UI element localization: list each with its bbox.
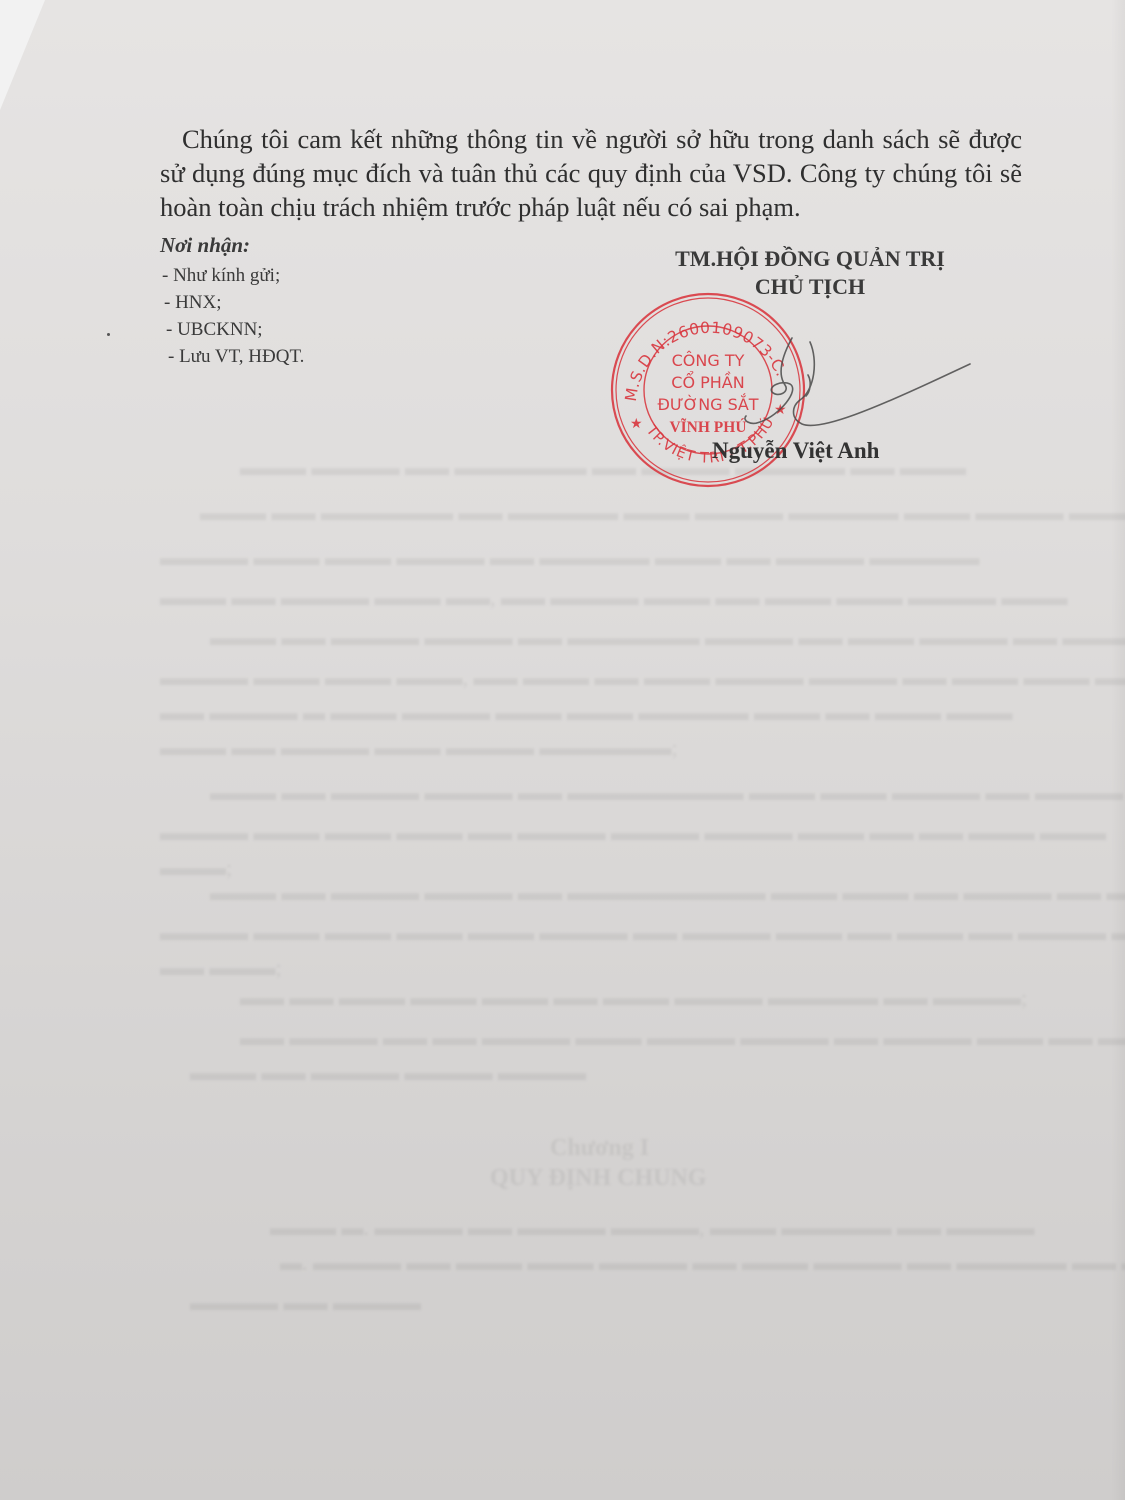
svg-text:★: ★ (630, 416, 643, 432)
recipient-item: - UBCKNN; (160, 316, 304, 343)
commitment-paragraph: Chúng tôi cam kết những thông tin về ngư… (160, 122, 1022, 224)
handwritten-signature-icon (650, 320, 990, 450)
stray-mark (107, 333, 110, 336)
recipients-list: - Như kính gửi; - HNX; - UBCKNN; - Lưu V… (160, 262, 304, 370)
recipients-title: Nơi nhận: (160, 233, 250, 258)
signature-title-line1: TM.HỘI ĐỒNG QUẢN TRỊ (650, 245, 970, 273)
recipient-item: - HNX; (160, 289, 304, 316)
recipient-item: - Như kính gửi; (160, 262, 304, 289)
signer-name: Nguyễn Việt Anh (712, 438, 879, 464)
bleed-chapter: Chương I (550, 1135, 649, 1162)
document-page: ▬▬▬ ▬▬▬▬ ▬▬ ▬▬▬▬▬▬ ▬▬ ▬▬▬▬ ▬▬▬▬▬ ▬▬ ▬▬▬ … (0, 0, 1125, 1500)
recipient-item: - Lưu VT, HĐQT. (160, 343, 304, 370)
bleed-chapter-title: QUY ĐỊNH CHUNG (490, 1165, 706, 1192)
